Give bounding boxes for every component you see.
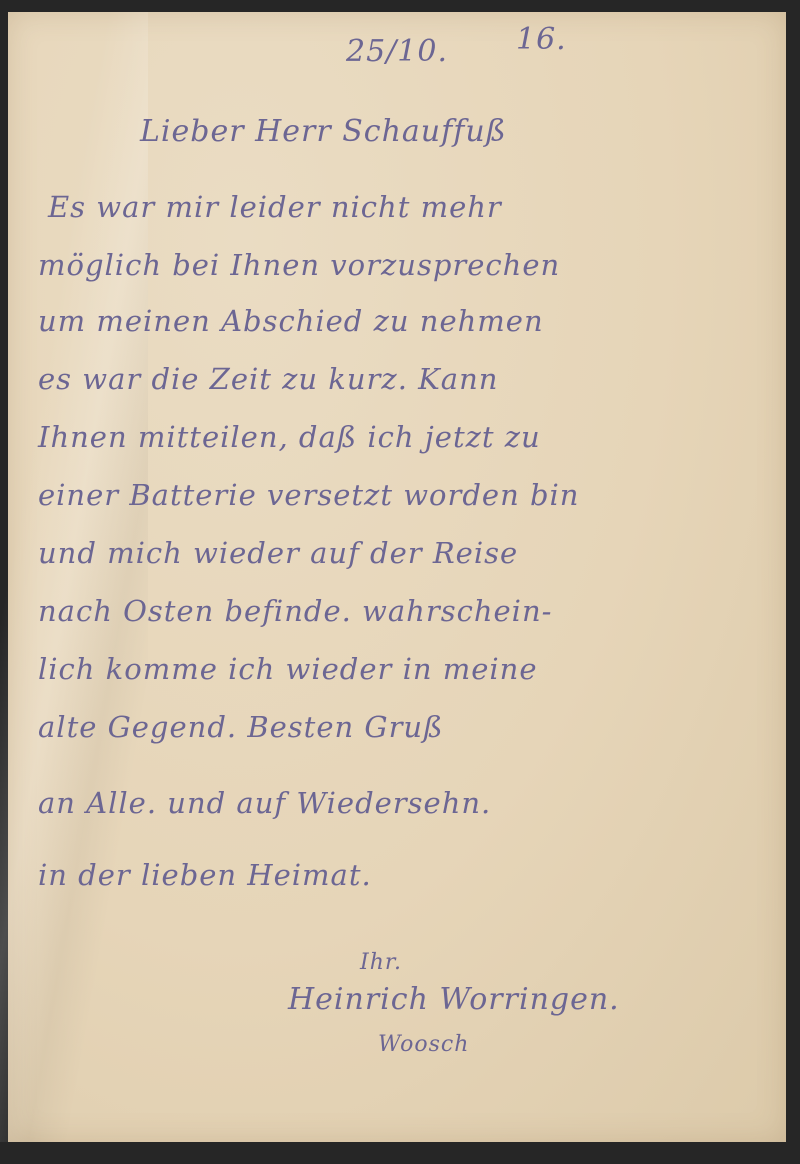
- body-line: einer Batterie versetzt worden bin: [38, 478, 580, 512]
- postcard: 25/10. 16. Lieber Herr Schauffuß Es war …: [8, 12, 786, 1142]
- body-line: Es war mir leider nicht mehr: [48, 190, 502, 224]
- body-line: möglich bei Ihnen vorzusprechen: [38, 248, 560, 282]
- place-name: Woosch: [378, 1032, 469, 1057]
- body-line: lich komme ich wieder in meine: [38, 652, 538, 686]
- closing: Ihr.: [360, 950, 402, 975]
- body-line: alte Gegend. Besten Gruß: [38, 710, 443, 744]
- body-line: an Alle. und auf Wiedersehn.: [38, 786, 491, 820]
- date-year: 16.: [516, 22, 567, 57]
- salutation: Lieber Herr Schauffuß: [140, 114, 507, 149]
- body-line: und mich wieder auf der Reise: [38, 536, 518, 570]
- date-day-month: 25/10.: [346, 34, 448, 69]
- body-line: um meinen Abschied zu nehmen: [38, 304, 544, 338]
- body-line: Ihnen mitteilen, daß ich jetzt zu: [38, 420, 541, 454]
- body-line: in der lieben Heimat.: [38, 858, 372, 892]
- body-line: es war die Zeit zu kurz. Kann: [38, 362, 498, 396]
- body-line: nach Osten befinde. wahrschein-: [38, 594, 552, 628]
- signature: Heinrich Worringen.: [288, 982, 620, 1017]
- paper-fold-shading: [0, 12, 148, 1142]
